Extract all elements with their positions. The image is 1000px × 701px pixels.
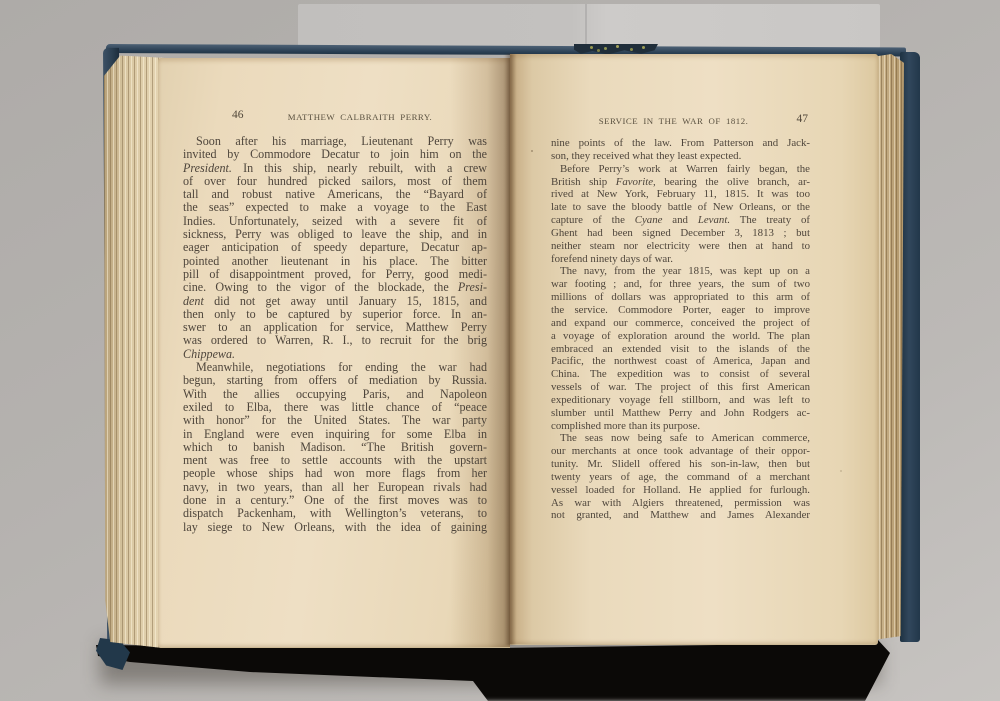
text-line: done in a century.” One of the first mov… — [183, 494, 487, 507]
text-line: cine. Owing to the vigor of the blockade… — [183, 281, 487, 294]
text-line: vessel loaded for Holland. He applied fo… — [551, 484, 810, 497]
right-page-number: 47 — [797, 113, 809, 125]
text-line: people whose ships had won more flags fr… — [183, 467, 487, 480]
right-running-head: SERVICE IN THE WAR OF 1812. — [544, 116, 803, 126]
text-line: China. The expedition was to consist of … — [551, 368, 810, 381]
right-page-edges — [876, 54, 904, 642]
paper-speck — [195, 377, 197, 379]
text-line: Chippewa. — [183, 348, 487, 361]
right-page-body: nine points of the law. From Patterson a… — [551, 137, 810, 522]
text-line: begun, starting from offers of mediation… — [183, 374, 487, 387]
text-line: exiled to Elba, there was little chance … — [183, 401, 487, 414]
text-line: Meanwhile, negotiations for ending the w… — [183, 361, 487, 374]
text-line: tunity. Mr. Slidell offered his son-in-l… — [551, 458, 810, 471]
right-page-header: SERVICE IN THE WAR OF 1812. 47 — [551, 115, 810, 129]
text-line: which to banish Madison. “The British go… — [183, 441, 487, 454]
text-line: Pacific, the northwest coast of America,… — [551, 355, 810, 368]
text-line: With the allies occupying Paris, and Nap… — [183, 388, 487, 401]
text-line: the seas” expected to make a voyage to t… — [183, 201, 487, 214]
text-line: Indies. Unfortunately, seized with a sev… — [183, 215, 487, 228]
text-line: with honor” for the United States. The w… — [183, 414, 487, 427]
text-line: millions of dollars was appropriated to … — [551, 291, 810, 304]
text-line: late to save the bloody battle of New Or… — [551, 201, 810, 214]
text-line: vessels of war. The project of this firs… — [551, 381, 810, 394]
text-line: dent did not get away until January 15, … — [183, 295, 487, 308]
text-line: capture of the Cyane and Levant. The tre… — [551, 214, 810, 227]
text-line: lay siege to New Orleans, with the idea … — [183, 521, 487, 534]
text-line: twenty years of age, the command of a me… — [551, 471, 810, 484]
right-page: SERVICE IN THE WAR OF 1812. 47 nine poin… — [510, 54, 878, 645]
text-line: pointed another lieutenant in his place.… — [183, 255, 487, 268]
text-line: navy, in two years, than all her Europea… — [183, 481, 487, 494]
text-line: embraced an extended visit to the island… — [551, 343, 810, 356]
paper-speck — [458, 518, 460, 520]
paper-speck — [840, 470, 842, 472]
paper-speck — [531, 150, 533, 152]
spine-fray-threads — [590, 46, 593, 49]
text-line: invited by Commodore Decatur to join him… — [183, 148, 487, 161]
text-line: dispatch Packenham, with Wellington’s ve… — [183, 507, 487, 520]
text-line: The seas now being safe to American comm… — [551, 432, 810, 445]
text-line: British ship Favorite, bearing the olive… — [551, 176, 810, 189]
text-line: son, they received what they least expec… — [551, 150, 810, 163]
text-line: complished more than its purpose. — [551, 420, 810, 433]
left-running-head: MATTHEW CALBRAITH PERRY. — [208, 112, 512, 122]
text-line: our merchants at once took advantage of … — [551, 445, 810, 458]
back-cover-seam — [585, 4, 587, 48]
text-line: The navy, from the year 1815, was kept u… — [551, 265, 810, 278]
text-line: ment was free to settle accounts with th… — [183, 454, 487, 467]
book-photo-scene: 46 MATTHEW CALBRAITH PERRY. Soon after h… — [0, 0, 1000, 701]
text-line: President. In this ship, nearly rebuilt,… — [183, 162, 487, 175]
left-page-edges — [104, 52, 166, 648]
text-line: forefend ninety days of war. — [551, 253, 810, 266]
text-line: neither steam nor electricity were then … — [551, 240, 810, 253]
text-line: rived at New York, February 11, 1815. It… — [551, 188, 810, 201]
left-page-header: 46 MATTHEW CALBRAITH PERRY. — [183, 111, 487, 125]
text-line: not granted, and Matthew and James Alexa… — [551, 509, 810, 522]
left-page-body: Soon after his marriage, Lieutenant Perr… — [183, 135, 487, 534]
text-line: the service. Commodore Porter, eager to … — [551, 304, 810, 317]
text-line: Soon after his marriage, Lieutenant Perr… — [183, 135, 487, 148]
text-line: in England were even inquiring for some … — [183, 428, 487, 441]
text-line: nine points of the law. From Patterson a… — [551, 137, 810, 150]
book-back-cover-top — [298, 4, 880, 48]
text-line: war footing ; and, for three years, the … — [551, 278, 810, 291]
text-line: then only to be captured by superior for… — [183, 308, 487, 321]
book-gutter — [504, 54, 516, 645]
text-line: of over four hundred picked sailors, mos… — [183, 175, 487, 188]
text-line: Ghent had been signed December 3, 1813 ;… — [551, 227, 810, 240]
text-line: Before Perry’s work at Warren fairly beg… — [551, 163, 810, 176]
text-line: sickness, Perry was obliged to leave the… — [183, 228, 487, 241]
left-page: 46 MATTHEW CALBRAITH PERRY. Soon after h… — [158, 58, 510, 648]
text-line: was ordered to Warren, R. I., to recruit… — [183, 334, 487, 347]
text-line: As war with Algiers threatened, permissi… — [551, 497, 810, 510]
text-line: expeditionary voyage fell stillborn, and… — [551, 394, 810, 407]
text-line: swer to an application for service, Matt… — [183, 321, 487, 334]
text-line: slumber until Matthew Perry and John Rod… — [551, 407, 810, 420]
text-line: pill of disappointment proved, for Perry… — [183, 268, 487, 281]
text-line: a voyage of exploration around the world… — [551, 330, 810, 343]
text-line: tall and robust native Americans, the “B… — [183, 188, 487, 201]
text-line: and expand our commerce, conceived the p… — [551, 317, 810, 330]
text-line: eager anticipation of speedy departure, … — [183, 241, 487, 254]
